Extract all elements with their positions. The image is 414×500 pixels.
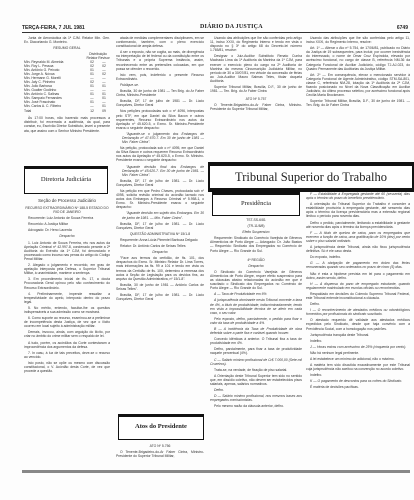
paragraph: Isto vem, pois, indeferido o presente Re…	[116, 73, 204, 81]
qa-despacho-title: Despacho	[116, 250, 204, 254]
column-2: atada de medidas complementares discipli…	[116, 36, 204, 414]
signature: Brasília, DF, 17 de julho de 1981. — Dr.…	[116, 293, 204, 301]
clause: G — A obrigação de pagamento em dobro da…	[306, 261, 410, 269]
paragraph: 1. Luiz Antonio de Souza Ferreira, réu n…	[24, 241, 110, 261]
signature: Brasília, 30 de junho de 1981 — Antônio …	[116, 283, 204, 291]
case-type: Efeito Suspensivo	[210, 230, 302, 234]
quote: "Aguarde-se o julgamento dos Embargos de…	[116, 132, 204, 144]
header-date: TERÇA-FEIRA, 7 JUL 1981	[22, 25, 85, 31]
page-header: TERÇA-FEIRA, 7 JUL 1981 DIÁRIO DA JUSTIÇ…	[22, 22, 410, 33]
signature: Brasília, DF, 17 de julho de 1981. — Dr.…	[116, 222, 204, 230]
paragraph: Indefiro.	[306, 373, 410, 377]
paragraph: Do exposto, indefiro.	[306, 255, 410, 259]
case-sub: (TR-11/8/8)	[210, 224, 302, 228]
act-title: ATO Nº 5.756	[116, 444, 204, 448]
paragraph: atada de medidas complementares discipli…	[116, 36, 204, 48]
advogado: Advogado: Dr. Heno Lacerda	[24, 228, 110, 232]
paragraph: 4. Preliminarmente, impende ressaltar a …	[24, 292, 110, 304]
paragraph: Art. 1º — Alterar o Ato nº 5.754, de 17/…	[306, 46, 410, 71]
header-title: DIÁRIO DA JUSTIÇA	[200, 24, 263, 30]
recorrido: Recorrido: A Justiça Militar	[24, 222, 110, 226]
paragraph: O Sindicato do Comércio Varejista de Gên…	[210, 270, 302, 290]
clause: K — O pagamento de descontos para os cof…	[306, 379, 410, 383]
cell: Total	[24, 108, 86, 114]
column-3-top: Usando das atribuições que lhe são confe…	[210, 36, 302, 160]
quote: "Aguarde decisão em sujeito dos Embargos…	[116, 211, 204, 219]
paragraph: 3. Em procedimento inicial de fls. 17, a…	[24, 277, 110, 289]
requerente: Requerente: Sindicato do Comércio Vareji…	[210, 236, 302, 252]
cell: 09	[98, 108, 110, 114]
qa-relator: Relator: Dr. Antônio Carlos de Seixas Te…	[116, 244, 204, 248]
paragraph: Usando das atribuições que lhe são confe…	[306, 36, 410, 44]
paragraph: Jurisprudência tranquila deste Tribunal.	[306, 333, 410, 337]
paragraph: Usando das atribuições que lhe são confe…	[210, 36, 302, 52]
qa-text: "Face aos termos da certidão, de fls. 10…	[116, 256, 204, 281]
paragraph: A tudo, porém, os acórdãos da Corte cont…	[24, 341, 110, 349]
clause: H — A dispensa do pano de empregado estu…	[306, 282, 410, 290]
paragraph: A orientação do Tribunal Superior do Tra…	[306, 202, 410, 218]
paragraph: A matéria tem sido discutida exaustivame…	[306, 363, 410, 371]
paragraph: Demais, invocou, ainda, com arguição do …	[24, 330, 110, 338]
paragraph: 6. Como suporte ao recurso, examinou-se …	[24, 316, 110, 328]
paragraph: Trata-se, na verdade, de fixação de piso…	[210, 368, 302, 372]
paragraph: Na petição em que Pedro Chaves, protocol…	[116, 189, 204, 209]
act-text: O Tenente-Brigadeiro-do-Ar Faber Cintra,…	[210, 103, 302, 111]
paragraph: Defiro o pedido, parcialmente, limitando…	[306, 221, 410, 229]
section-heading-diretoria-judiciaria: Diretoria Judiciária	[24, 166, 108, 194]
col1-intro: Junta de Aeronáutica da 1ª CJM. Relator …	[24, 36, 110, 44]
paragraph: Nos petições protocoladas sob o nº 4096,…	[116, 109, 204, 129]
clause: J — Horas extras com acréscimo de 25% (c…	[306, 345, 410, 349]
bottom-rule	[22, 470, 410, 473]
paragraph: Publique-se.	[116, 83, 204, 87]
signature: Superior Tribunal Militar, Brasília, D.F…	[210, 85, 302, 93]
paragraph: Concedo idênticas à anterior. O Tribunal…	[210, 337, 302, 345]
paragraph: 5. No mérito, entendo, facultar-lhe os q…	[24, 306, 110, 314]
column-4-bottom: F — Estabilidade à Empregada gestante at…	[306, 192, 410, 470]
clause: D — Salário mínimo profissional, nos mes…	[210, 394, 302, 402]
recorrente: Recorrente: Luiz Antonio de Souza Ferrei…	[24, 216, 110, 220]
paragraph: Defiro.	[306, 302, 410, 306]
signature: Brasília, DF, 17 de julho de 1981. — Dr.…	[116, 179, 204, 187]
qa-title: QUESTÃO ADMINISTRATIVA Nº 15/1-8	[116, 232, 204, 236]
qa-requerente: Requerente: Anna Lúcia Pimentel Barboza …	[116, 238, 204, 242]
section-heading-atos-do-presidente: Atos do Presidente	[118, 414, 204, 440]
paragraph: Isto posto, não se opõe ou mesmo com dis…	[24, 361, 110, 373]
paragraph: Não há nenhum legal pertinente.	[306, 351, 410, 355]
paragraph: Não é esta a hipótese prevista em lei pa…	[306, 272, 410, 280]
paragraph: 2. Alegado o julgamento e recorrido, em …	[24, 263, 110, 275]
paragraph: Designar o Juiz-Auditor Substituto Renat…	[210, 54, 302, 83]
column-1-bottom: Seção de Processo Judiciário RECURSO EXT…	[24, 198, 110, 468]
clause: F — A título de quebra de caixa, para os…	[306, 231, 410, 243]
despacho-title: Despacho	[210, 264, 302, 268]
column-2-bottom: ATO Nº 5.756 O Tenente-Brigadeiro-do-Ar …	[116, 444, 204, 470]
case-title: RECURSO EXTRAORDINÁRIO Nº 188-5 ESTADO D…	[24, 206, 110, 214]
clause: I — O reconhecimento de atestados médico…	[306, 308, 410, 316]
case-number: TST-SS-6/81	[210, 218, 302, 222]
clause: F — Estabilidade à Empregada gestante at…	[306, 192, 410, 200]
table-total-row: Total1209	[24, 108, 110, 114]
paragraph: Defiro.	[210, 388, 302, 392]
col1-closing: Às 17:00 horas, não havendo mais process…	[24, 116, 110, 132]
paragraph: Respaldado em decisões do Colendo Suprem…	[306, 292, 410, 300]
paragraph: Na petição, protocolada sob o nº 4095, e…	[116, 146, 204, 162]
paragraph: É matéria de decisões pacíficas.	[306, 385, 410, 389]
cell: 12	[86, 108, 98, 114]
clause: B — A incidência da Taxa de Produtividad…	[210, 327, 302, 335]
paragraph: 7. In casu, à luz de tais preceitos, dev…	[24, 351, 110, 359]
clause: C — Salário mínimo profissional de Cr$ 7…	[210, 358, 302, 366]
signature: Superior Tribunal Militar, Brasília, D.F…	[306, 99, 410, 107]
clause: A — Taxa de Produtividade em 6%	[210, 292, 302, 296]
column-1-top: Junta de Aeronáutica da 1ª CJM. Relator …	[24, 36, 110, 166]
distribution-table: Distribuição Relator Revisor Min. Reynal…	[24, 52, 110, 114]
paragraph: Art. 2º — Em consequência, elevar o menc…	[306, 73, 410, 98]
paragraph: O atestado requerido dê validade aos ate…	[306, 318, 410, 330]
paragraph: Defiro, parcialmente, para fixar a taxa …	[210, 347, 302, 355]
section-heading-presidencia: Presidência	[212, 192, 300, 216]
header-page-number: 6749	[397, 25, 408, 31]
subsection-title: Seção de Processo Judiciário	[24, 198, 110, 204]
paragraph: A ser o exposto, não se cogita, ao mais,…	[116, 50, 204, 70]
act-text: O Tenente-Brigadeiro-do-Ar Faber Cintra,…	[116, 450, 204, 458]
paragraph: Pelo exposto, defiro, parcialmente, o pe…	[210, 317, 302, 325]
paragraph: A jurisprudência dominante nesta Tribuna…	[210, 298, 302, 314]
summary-title: RESUMO GERAL	[24, 46, 110, 50]
region: 4ª REGIÃO	[210, 258, 302, 262]
signature: Brasília, DF, 17 de julho de 1981 — Dr. …	[116, 99, 204, 107]
paragraph: Indefiro.	[306, 339, 410, 343]
signature: Brasília, 30 de junho de 1981 — Ten Brig…	[116, 89, 204, 97]
column-3-bottom: TST-SS-6/81 (TR-11/8/8) Efeito Suspensiv…	[210, 218, 302, 470]
section-banner-tribunal-superior-do-trabalho: Tribunal Superior do Trabalho	[208, 162, 414, 192]
newspaper-page: TERÇA-FEIRA, 7 JUL 1981 DIÁRIO DA JUSTIÇ…	[0, 0, 414, 500]
quote: "Aguarde decisão final dos Embargos de D…	[116, 165, 204, 177]
paragraph: A jurisprudência deste Tribunal, ainda n…	[306, 245, 410, 253]
despacho-title: Despacho	[24, 234, 110, 238]
paragraph: Pelo mesmo razão da cláusula anterior, d…	[210, 404, 302, 408]
column-4-top: Usando das atribuições que lhe são confe…	[306, 36, 410, 160]
paragraph: A lei estabelece um mínimo de adicional,…	[306, 357, 410, 361]
act-title: ATO Nº 5.757	[210, 97, 302, 101]
paragraph: A Orientação deste Tribunal Superior tem…	[210, 374, 302, 386]
